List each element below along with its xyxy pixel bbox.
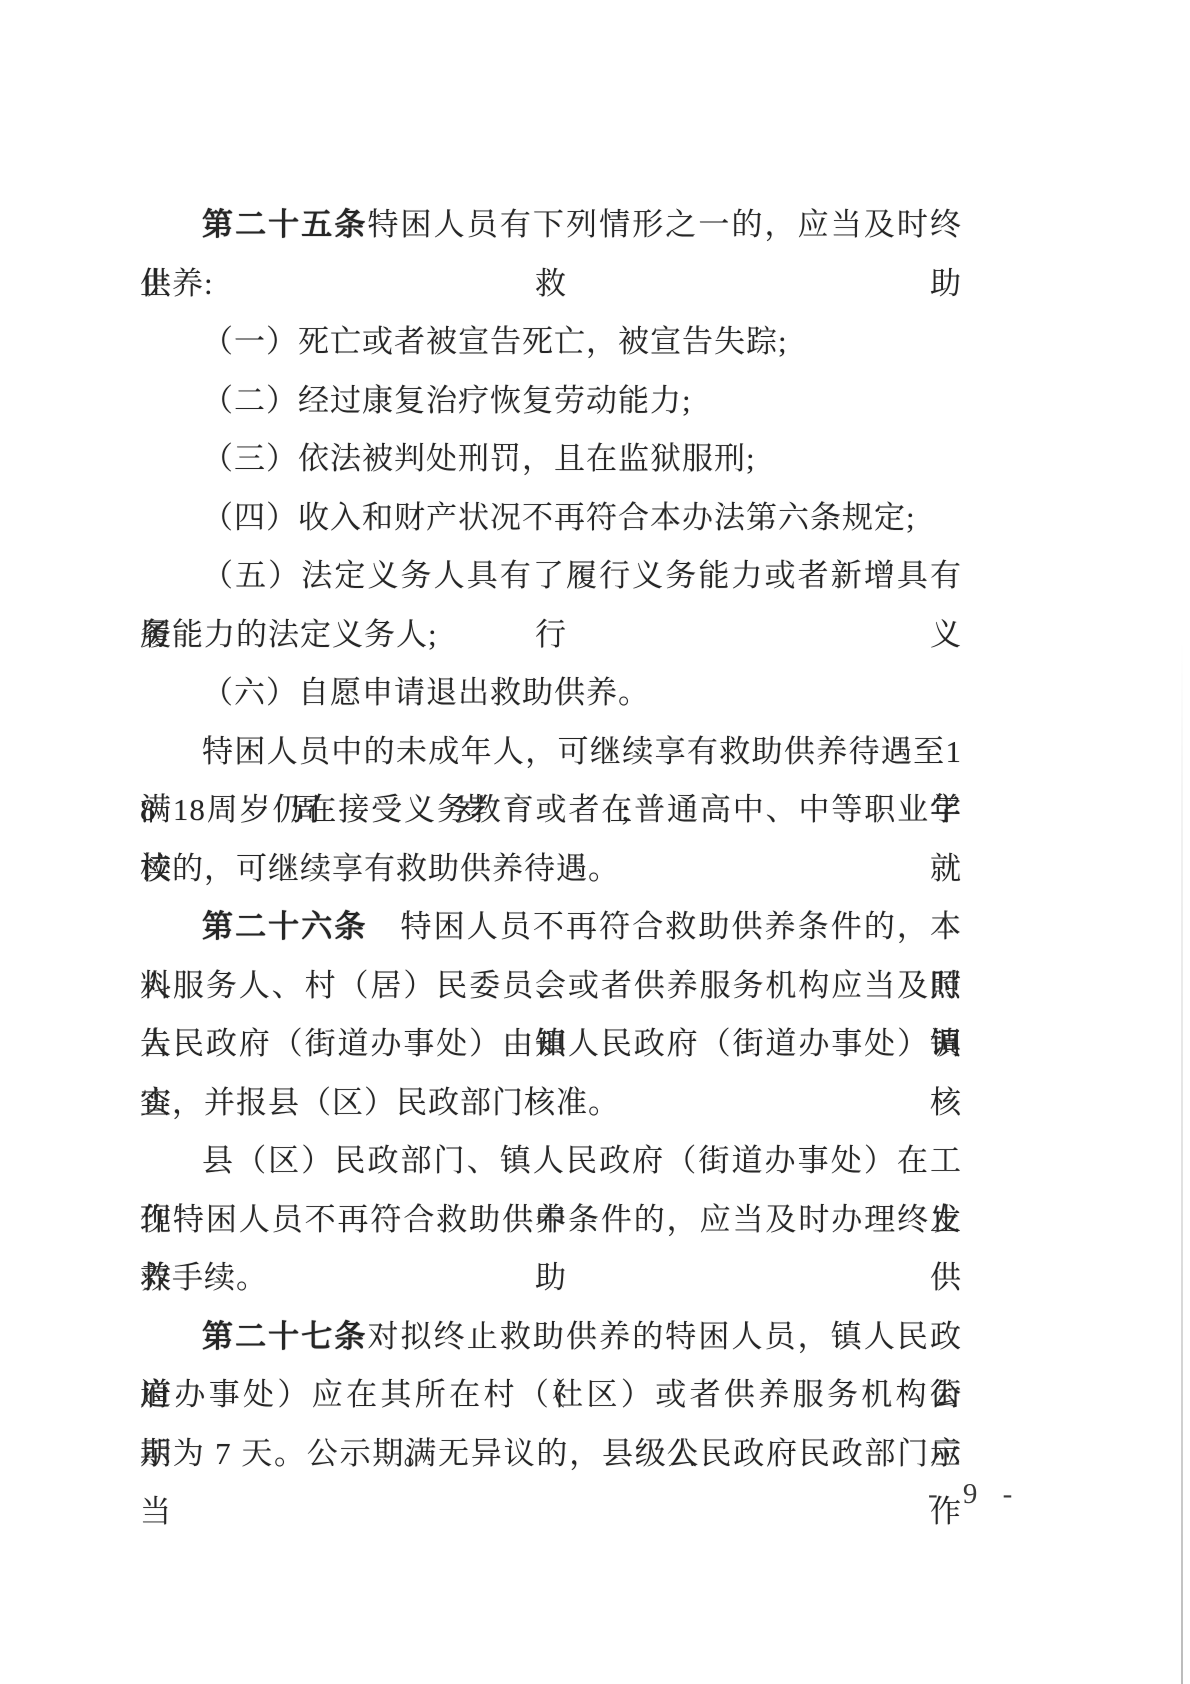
text-line: （四）收入和财产状况不再符合本办法第六条规定; bbox=[140, 489, 962, 548]
text-segment: 供养: bbox=[140, 266, 214, 301]
text-line: 满18周岁仍在接受义务教育或者在普通高中、中等职业学校就 bbox=[140, 781, 962, 840]
text-line: 特困人员中的未成年人，可继续享有救助供养待遇至18周岁; 年 bbox=[140, 723, 962, 782]
text-line: 料服务人、村（居）民委员会或者供养服务机构应当及时告知镇 bbox=[140, 957, 962, 1016]
text-line: （五）法定义务人具有了履行义务能力或者新增具有履行义 bbox=[140, 547, 962, 606]
text-segment: （二）经过康复治疗恢复劳动能力; bbox=[202, 383, 692, 418]
scan-artifact-line bbox=[1181, 640, 1183, 1684]
text-line: 第二十七条对拟终止救助供养的特困人员，镇人民政府（街 bbox=[140, 1308, 962, 1367]
text-line: 现特困人员不再符合救助供养条件的，应当及时办理终止救助供 bbox=[140, 1191, 962, 1250]
article-number-text: 第二十六条 bbox=[202, 909, 367, 944]
text-line: 人民政府（街道办事处）由镇人民政府（街道办事处）调查核 bbox=[140, 1015, 962, 1074]
text-line: 期为 7 天。公示期满无异议的，县级人民政府民政部门应当作 bbox=[140, 1425, 962, 1484]
text-segment: （三）依法被判处刑罚，且在监狱服刑; bbox=[202, 441, 756, 476]
text-line: 第二十六条 特困人员不再符合救助供养条件的，本人、照 bbox=[140, 898, 962, 957]
text-line: （一）死亡或者被宣告死亡，被宣告失踪; bbox=[140, 313, 962, 372]
article-number-text: 第二十五条 bbox=[202, 207, 367, 242]
text-line: 道办事处）应在其所在村（社区）或者供养服务机构公示。公示 bbox=[140, 1366, 962, 1425]
text-segment: 务能力的法定义务人; bbox=[140, 617, 438, 652]
text-line: （三）依法被判处刑罚，且在监狱服刑; bbox=[140, 430, 962, 489]
text-line: （六）自愿申请退出救助供养。 bbox=[140, 664, 962, 723]
document-body: 第二十五条特困人员有下列情形之一的，应当及时终止救助供养:（一）死亡或者被宣告死… bbox=[140, 196, 962, 1483]
page-number: - 9 - bbox=[928, 1478, 1038, 1511]
text-segment: 期为 7 天。公示期满无异议的，县级人民政府民政部门应当作 bbox=[140, 1436, 962, 1530]
text-line: 县（区）民政部门、镇人民政府（街道办事处）在工作中发 bbox=[140, 1132, 962, 1191]
document-page: 第二十五条特困人员有下列情形之一的，应当及时终止救助供养:（一）死亡或者被宣告死… bbox=[0, 0, 1190, 1684]
article-number-text: 第二十七条 bbox=[202, 1319, 367, 1354]
text-segment: （六）自愿申请退出救助供养。 bbox=[202, 675, 650, 710]
text-segment: （四）收入和财产状况不再符合本办法第六条规定; bbox=[202, 500, 916, 535]
text-line: （二）经过康复治疗恢复劳动能力; bbox=[140, 372, 962, 431]
text-segment: 读的，可继续享有救助供养待遇。 bbox=[140, 851, 620, 886]
text-line: 第二十五条特困人员有下列情形之一的，应当及时终止救助 bbox=[140, 196, 962, 255]
text-segment: （一）死亡或者被宣告死亡，被宣告失踪; bbox=[202, 324, 788, 359]
text-segment: 养手续。 bbox=[140, 1260, 268, 1295]
text-segment: 实，并报县（区）民政部门核准。 bbox=[140, 1085, 620, 1120]
